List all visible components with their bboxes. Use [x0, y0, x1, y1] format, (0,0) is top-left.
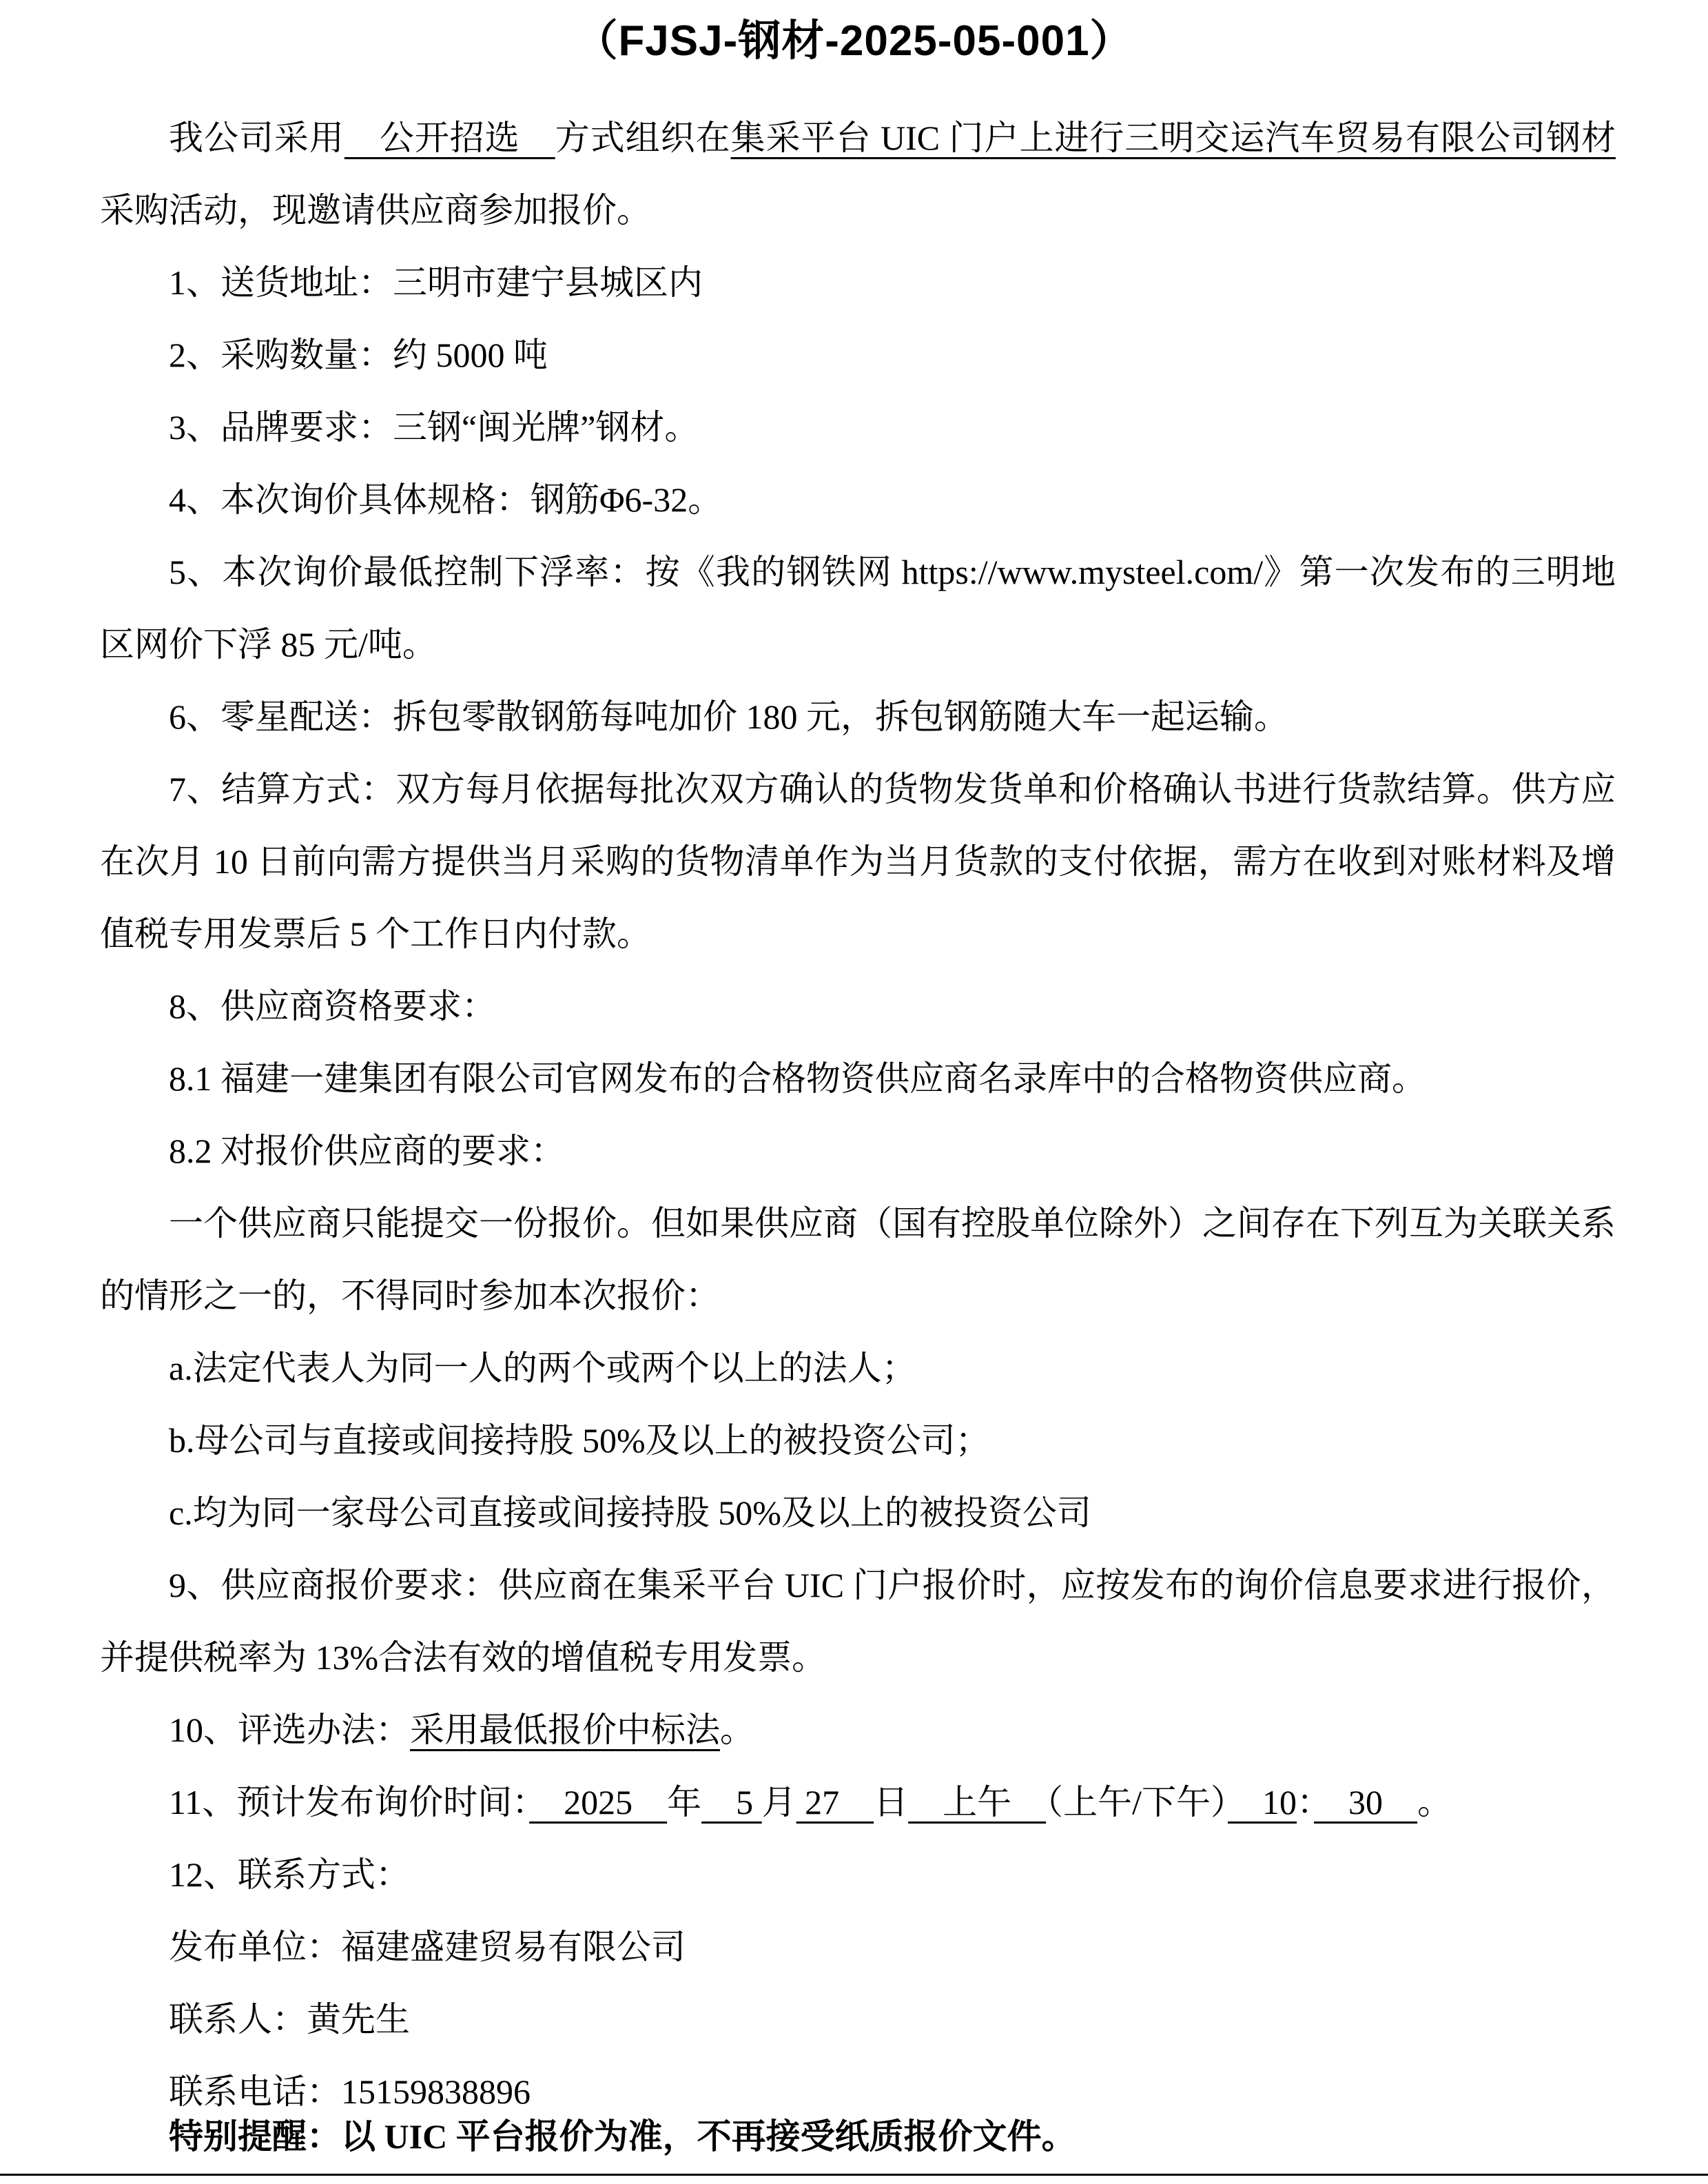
text-run: 30 [1314, 1783, 1417, 1821]
item-9-quote-requirement: 9、供应商报价要求：供应商在集采平台 UIC 门户报价时，应按发布的询价信息要求… [100, 1549, 1616, 1694]
text-run: 集采平台 UIC 门户上进行三明交运汽车贸易有限公司钢材 [731, 119, 1616, 157]
text-run: 一个供应商只能提交一份报价。但如果供应商（国有控股单位除外）之间存在下列互为关联… [100, 1204, 1616, 1315]
text-run: 2、采购数量：约 5000 吨 [169, 336, 548, 374]
text-run: 12、联系方式： [169, 1855, 410, 1894]
item-8-1: 8.1 福建一建集团有限公司官网发布的合格物资供应商名录库中的合格物资供应商。 [100, 1043, 1616, 1115]
text-run: 3、品牌要求：三钢“闽光牌”钢材。 [169, 408, 699, 447]
text-run: 年 [667, 1783, 701, 1821]
footer-rule [0, 2174, 1708, 2176]
item-b-parent-company: b.母公司与直接或间接持股 50%及以上的被投资公司； [100, 1405, 1616, 1477]
text-run: 公开招选 [344, 119, 555, 157]
item-a-legal-representative: a.法定代表人为同一人的两个或两个以上的法人； [100, 1332, 1616, 1405]
text-run: 方式组织在 [555, 119, 731, 157]
text-run: 上午 [908, 1783, 1046, 1821]
item-8-supplier-qualification: 8、供应商资格要求： [100, 970, 1616, 1043]
item-c-same-parent: c.均为同一家母公司直接或间接持股 50%及以上的被投资公司 [100, 1477, 1616, 1549]
text-run: 6、零星配送：拆包零散钢筋每吨加价 180 元，拆包钢筋随大车一起运输。 [169, 697, 1288, 736]
item-7-settlement: 7、结算方式：双方每月依据每批次双方确认的货物发货单和价格确认书进行货款结算。供… [100, 753, 1616, 970]
item-11-publish-time: 11、预计发布询价时间： 2025 年 5 月 27 日 上午 （上午/下午） … [100, 1766, 1616, 1839]
text-run: 日 [874, 1783, 908, 1821]
item-3-brand-requirement: 3、品牌要求：三钢“闽光牌”钢材。 [100, 391, 1616, 464]
text-run: 4、本次询价具体规格：钢筋Φ6-32。 [169, 480, 722, 519]
text-run: 。 [1417, 1783, 1452, 1821]
text-run: 10、评选办法： [169, 1711, 410, 1749]
text-run: 8.1 福建一建集团有限公司官网发布的合格物资供应商名录库中的合格物资供应商。 [169, 1059, 1426, 1098]
para-intro: 我公司采用 公开招选 方式组织在集采平台 UIC 门户上进行三明交运汽车贸易有限… [100, 102, 1616, 247]
text-run: 联系人：黄先生 [169, 2000, 410, 2039]
text-run: 27 [796, 1783, 874, 1821]
text-run: 1、送货地址：三明市建宁县城区内 [169, 263, 703, 302]
item-12-contact-info: 12、联系方式： [100, 1839, 1616, 1911]
text-run: a.法定代表人为同一人的两个或两个以上的法人； [169, 1349, 916, 1387]
item-4-specification: 4、本次询价具体规格：钢筋Φ6-32。 [100, 464, 1616, 536]
text-run: 。 [720, 1711, 754, 1749]
text-run: c.均为同一家母公司直接或间接持股 50%及以上的被投资公司 [169, 1493, 1091, 1532]
text-run: 采用最低报价中标法 [410, 1711, 720, 1749]
text-run: b.母公司与直接或间接持股 50%及以上的被投资公司； [169, 1421, 990, 1460]
document-body: 我公司采用 公开招选 方式组织在集采平台 UIC 门户上进行三明交运汽车贸易有限… [100, 102, 1616, 2173]
text-run: 2025 [529, 1783, 667, 1821]
text-run: 月 [762, 1783, 796, 1821]
text-run: 5、本次询价最低控制下浮率：按《我的钢铁网 https://www.mystee… [100, 553, 1616, 664]
text-run: （上午/下午） [1046, 1783, 1228, 1821]
text-run: ： [1297, 1783, 1314, 1821]
special-notice: 特别提醒：以 UIC 平台报价为准，不再接受纸质报价文件。 [100, 2101, 1616, 2173]
text-run: 特别提醒：以 UIC 平台报价为准，不再接受纸质报价文件。 [169, 2117, 1076, 2156]
item-6-retail-delivery: 6、零星配送：拆包零散钢筋每吨加价 180 元，拆包钢筋随大车一起运输。 [100, 681, 1616, 753]
doc-number-title: （FJSJ-钢材-2025-05-001） [0, 0, 1708, 72]
text-run: 发布单位：福建盛建贸易有限公司 [169, 1928, 686, 1966]
publisher-unit: 发布单位：福建盛建贸易有限公司 [100, 1911, 1616, 1983]
text-run: 7、结算方式：双方每月依据每批次双方确认的货物发货单和价格确认书进行货款结算。供… [100, 770, 1616, 953]
item-8-2: 8.2 对报价供应商的要求： [100, 1115, 1616, 1187]
document-page: （FJSJ-钢材-2025-05-001） 我公司采用 公开招选 方式组织在集采… [0, 0, 1708, 2184]
item-1-delivery-address: 1、送货地址：三明市建宁县城区内 [100, 247, 1616, 319]
text-run: 我公司采用 [169, 119, 344, 157]
contact-person: 联系人：黄先生 [100, 1983, 1616, 2056]
text-run: 11、预计发布询价时间： [169, 1783, 529, 1821]
text-run: 10 [1228, 1783, 1297, 1821]
text-run: 采购活动，现邀请供应商参加报价。 [100, 191, 651, 229]
text-run: 5 [701, 1783, 762, 1821]
item-10-selection-method: 10、评选办法：采用最低报价中标法。 [100, 1694, 1616, 1766]
item-2-purchase-quantity: 2、采购数量：约 5000 吨 [100, 319, 1616, 391]
para-one-bid-rule: 一个供应商只能提交一份报价。但如果供应商（国有控股单位除外）之间存在下列互为关联… [100, 1187, 1616, 1332]
item-5-floor-rate: 5、本次询价最低控制下浮率：按《我的钢铁网 https://www.mystee… [100, 536, 1616, 681]
text-run: 8.2 对报价供应商的要求： [169, 1132, 565, 1170]
text-run: 8、供应商资格要求： [169, 987, 496, 1025]
text-run: 9、供应商报价要求：供应商在集采平台 UIC 门户报价时，应按发布的询价信息要求… [100, 1566, 1616, 1677]
